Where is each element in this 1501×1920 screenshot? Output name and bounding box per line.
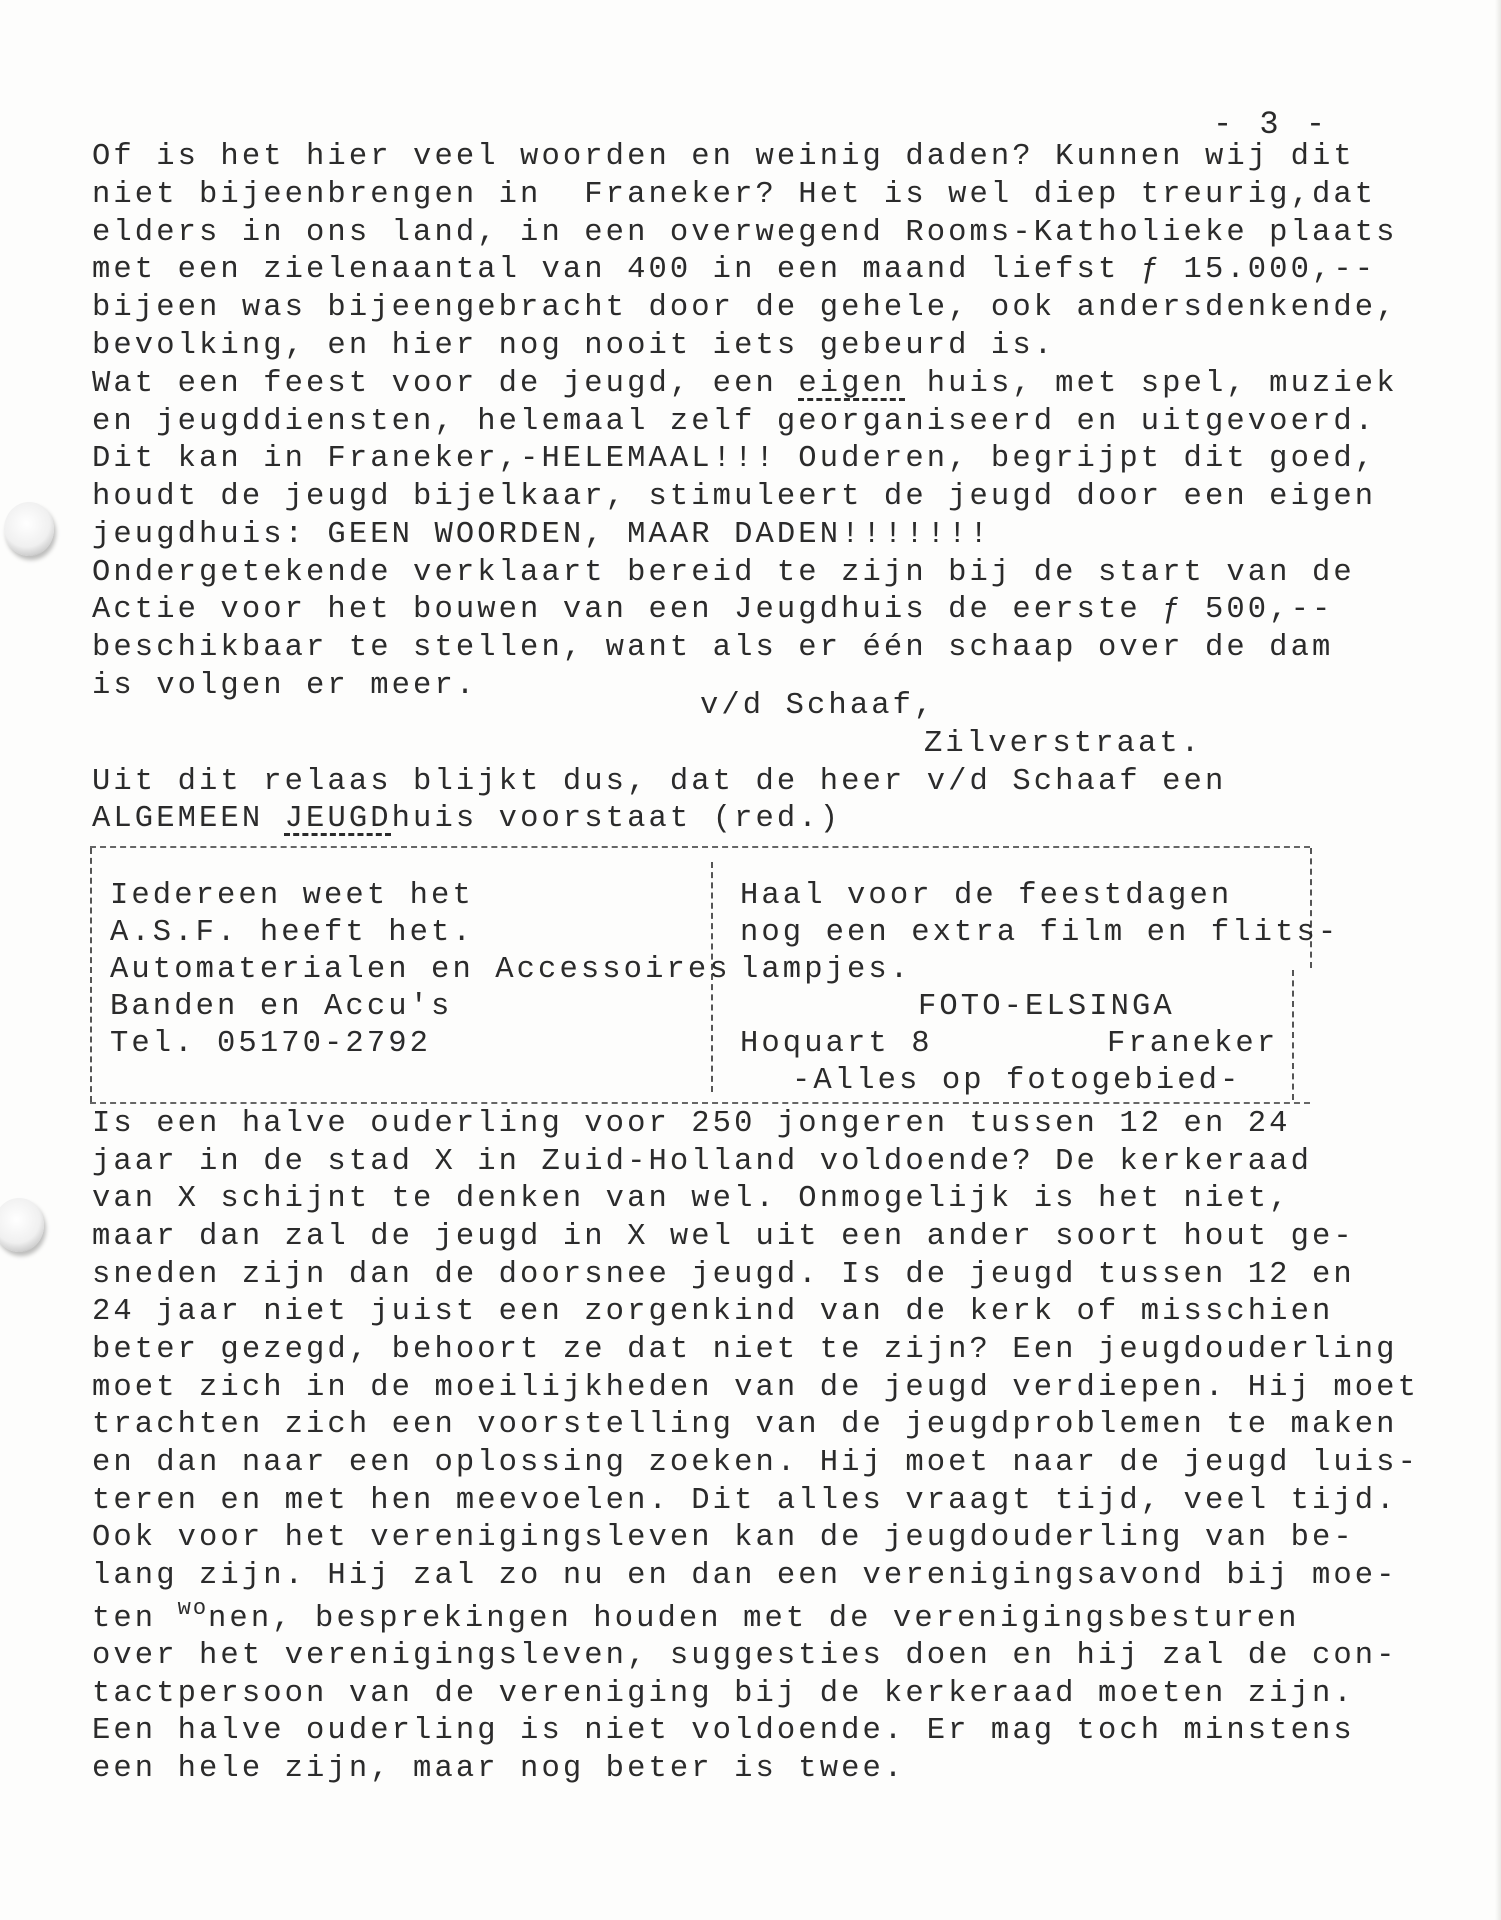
text-line: Uit dit relaas blijkt dus, dat de heer v…: [92, 764, 1226, 800]
text-line: sneden zijn dan de doorsnee jeugd. Is de…: [92, 1257, 1355, 1293]
text-line: elders in ons land, in een overwegend Ro…: [92, 215, 1398, 251]
ad-left-line: Automaterialen en Accessoires: [110, 952, 731, 988]
text-line: van X schijnt te denken van wel. Onmogel…: [92, 1181, 1291, 1217]
text-line: maar dan zal de jeugd in X wel uit een a…: [92, 1219, 1355, 1255]
punch-hole-top: [4, 502, 54, 556]
text-line: lang zijn. Hij zal zo nu en dan een vere…: [92, 1558, 1398, 1594]
ad-box-right-border-lower: [1292, 970, 1294, 1100]
text-span: ten: [92, 1602, 178, 1636]
underlined-word: JEUGD: [285, 802, 392, 836]
text-line: tactpersoon van de vereniging bij de ker…: [92, 1676, 1355, 1712]
page-edge: [1495, 0, 1501, 1920]
text-line: Actie voor het bouwen van een Jeugdhuis …: [92, 592, 1333, 628]
text-span: huis, met spel, muziek: [905, 367, 1397, 401]
text-span: nen, besprekingen houden met de verenigi…: [208, 1602, 1300, 1636]
text-line: beter gezegd, behoort ze dat niet te zij…: [92, 1332, 1398, 1368]
text-line: jeugdhuis: GEEN WOORDEN, MAAR DADEN!!!!!…: [92, 517, 991, 553]
text-line: 24 jaar niet juist een zorgenkind van de…: [92, 1294, 1333, 1330]
text-line: houdt de jeugd bijelkaar, stimuleert de …: [92, 479, 1376, 515]
ad-right-shop-name: FOTO-ELSINGA: [918, 989, 1175, 1025]
text-line: ALGEMEEN JEUGDhuis voorstaat (red.): [92, 801, 841, 837]
ad-right-line: nog een extra film en flits-: [740, 915, 1339, 951]
ad-right-tagline: -Alles op fotogebied-: [792, 1063, 1241, 1099]
signature-street: Zilverstraat.: [924, 726, 1202, 762]
page-number: - 3 -: [1213, 106, 1329, 143]
ad-right-line: Haal voor de feestdagen: [740, 878, 1232, 914]
text-line: een hele zijn, maar nog beter is twee.: [92, 1751, 905, 1787]
ad-box-left-border: [90, 848, 92, 1102]
text-line: niet bijeenbrengen in Franeker? Het is w…: [92, 177, 1376, 213]
text-line: Ondergetekende verklaart bereid te zijn …: [92, 555, 1355, 591]
text-line: met een zielenaantal van 400 in een maan…: [92, 252, 1376, 288]
ad-right-city: Franeker: [1107, 1026, 1278, 1062]
ad-left-line: Banden en Accu's: [110, 989, 452, 1025]
text-span: Wat een feest voor de jeugd, een: [92, 367, 798, 401]
ad-right-address: Hoquart 8: [740, 1026, 933, 1062]
text-line: is volgen er meer.: [92, 668, 477, 704]
text-line: Wat een feest voor de jeugd, een eigen h…: [92, 366, 1398, 402]
raised-typo: wo: [178, 1596, 208, 1621]
underlined-word: eigen: [798, 367, 905, 401]
text-line: teren en met hen meevoelen. Dit alles vr…: [92, 1483, 1398, 1519]
text-line: en jeugddiensten, helemaal zelf georgani…: [92, 404, 1376, 440]
text-line: Een halve ouderling is niet voldoende. E…: [92, 1713, 1355, 1749]
text-line: beschikbaar te stellen, want als er één …: [92, 630, 1333, 666]
ad-box-bottom-border: [90, 1102, 1310, 1104]
ad-box-top-border: [90, 846, 1310, 848]
ad-left-line: Iedereen weet het: [110, 878, 474, 914]
ad-right-line: lampjes.: [740, 952, 911, 988]
text-line: Dit kan in Franeker,-HELEMAAL!!! Ouderen…: [92, 441, 1376, 477]
text-line: Ook voor het verenigingsleven kan de jeu…: [92, 1520, 1355, 1556]
text-line: trachten zich een voorstelling van de je…: [92, 1407, 1398, 1443]
signature-name: v/d Schaaf,: [700, 688, 935, 724]
ad-left-line: A.S.F. heeft het.: [110, 915, 474, 951]
text-line: bevolking, en hier nog nooit iets gebeur…: [92, 328, 1055, 364]
text-line: jaar in de stad X in Zuid-Holland voldoe…: [92, 1144, 1312, 1180]
text-line: Of is het hier veel woorden en weinig da…: [92, 139, 1355, 175]
text-line: bijeen was bijeengebracht door de gehele…: [92, 290, 1398, 326]
text-line: ten wonen, besprekingen houden met de ve…: [92, 1601, 1300, 1639]
text-line: over het verenigingsleven, suggesties do…: [92, 1638, 1398, 1674]
text-line: moet zich in de moeilijkheden van de jeu…: [92, 1370, 1419, 1406]
text-span: ALGEMEEN: [92, 802, 285, 836]
text-line: en dan naar een oplossing zoeken. Hij mo…: [92, 1445, 1419, 1481]
text-line: Is een halve ouderling voor 250 jongeren…: [92, 1106, 1291, 1142]
punch-hole-bottom: [0, 1198, 44, 1252]
ad-left-phone: Tel. 05170-2792: [110, 1026, 431, 1062]
text-span: huis voorstaat (red.): [392, 802, 841, 836]
